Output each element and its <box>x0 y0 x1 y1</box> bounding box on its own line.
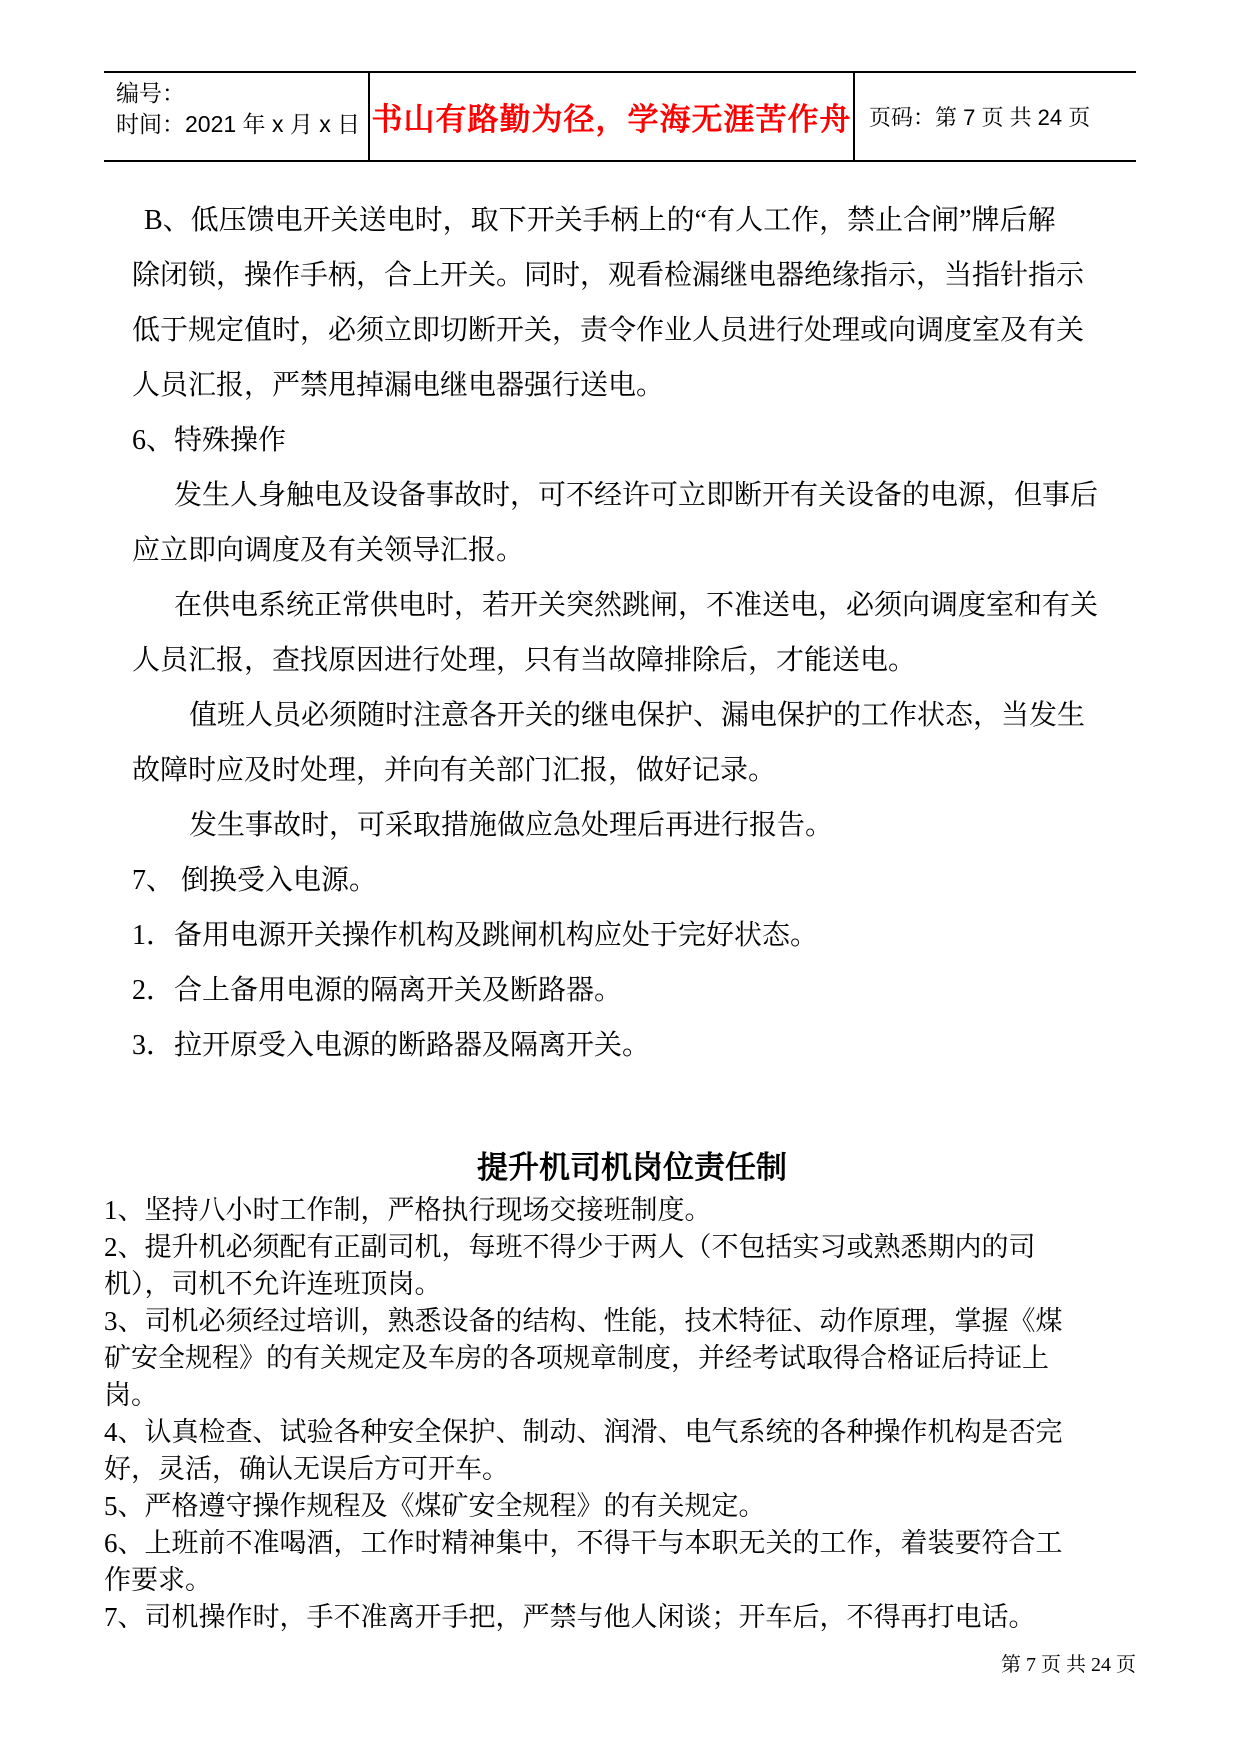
body-text-block: B、低压馈电开关送电时，取下开关手柄上的“有人工作，禁止合闸”牌后解 除闭锁，操… <box>104 193 1136 1073</box>
body-line: 1．备用电源开关操作机构及跳闸机构应处于完好状态。 <box>104 908 1136 963</box>
body-line: 在供电系统正常供电时，若开关突然跳闸，不准送电，必须向调度室和有关 <box>104 578 1136 633</box>
rule-line: 3、司机必须经过培训，熟悉设备的结构、性能，技术特征、动作原理，掌握《煤 <box>104 1303 1136 1340</box>
doc-time-label: 时间：2021 年 x 月 x 日 <box>116 109 368 140</box>
rule-line: 岗。 <box>104 1377 1136 1414</box>
rule-line: 作要求。 <box>104 1562 1136 1599</box>
header-cell-motto: 书山有路勤为径，学海无涯苦作舟 <box>368 73 853 160</box>
rule-line: 好，灵活，确认无误后方可开车。 <box>104 1451 1136 1488</box>
motto-text: 书山有路勤为径，学海无涯苦作舟 <box>372 94 852 139</box>
body-line: B、低压馈电开关送电时，取下开关手柄上的“有人工作，禁止合闸”牌后解 <box>104 193 1136 248</box>
body-line: 人员汇报，严禁甩掉漏电继电器强行送电。 <box>104 358 1136 413</box>
rule-line: 矿安全规程》的有关规定及车房的各项规章制度，并经考试取得合格证后持证上 <box>104 1340 1136 1377</box>
page-number-label: 页码：第 7 页 共 24 页 <box>869 101 1090 132</box>
body-line: 值班人员必须随时注意各开关的继电保护、漏电保护的工作状态，当发生 <box>104 688 1136 743</box>
rule-line: 6、上班前不准喝酒，工作时精神集中，不得干与本职无关的工作，着装要符合工 <box>104 1525 1136 1562</box>
rule-line: 7、司机操作时，手不准离开手把，严禁与他人闲谈；开车后，不得再打电话。 <box>104 1599 1136 1636</box>
body-line: 人员汇报，查找原因进行处理，只有当故障排除后，才能送电。 <box>104 633 1136 688</box>
body-line: 除闭锁，操作手柄，合上开关。同时，观看检漏继电器绝缘指示，当指针指示 <box>104 248 1136 303</box>
body-line: 2．合上备用电源的隔离开关及断路器。 <box>104 963 1136 1018</box>
body-line: 应立即向调度及有关领导汇报。 <box>104 523 1136 578</box>
rule-line: 2、提升机必须配有正副司机，每班不得少于两人（不包括实习或熟悉期内的司 <box>104 1229 1136 1266</box>
document-page: 编号： 时间：2021 年 x 月 x 日 书山有路勤为径，学海无涯苦作舟 页码… <box>0 0 1241 1754</box>
header-cell-number-time: 编号： 时间：2021 年 x 月 x 日 <box>104 73 368 160</box>
body-line: 低于规定值时，必须立即切断开关，责令作业人员进行处理或向调度室及有关 <box>104 303 1136 358</box>
doc-number-label: 编号： <box>116 78 368 109</box>
header-table: 编号： 时间：2021 年 x 月 x 日 书山有路勤为径，学海无涯苦作舟 页码… <box>104 71 1136 162</box>
body-line: 3．拉开原受入电源的断路器及隔离开关。 <box>104 1018 1136 1073</box>
body-line: 发生事故时，可采取措施做应急处理后再进行报告。 <box>104 798 1136 853</box>
rule-line: 机），司机不允许连班顶岗。 <box>104 1266 1136 1303</box>
body-line: 7、 倒换受入电源。 <box>104 853 1136 908</box>
rule-line: 4、认真检查、试验各种安全保护、制动、润滑、电气系统的各种操作机构是否完 <box>104 1414 1136 1451</box>
page-content: 编号： 时间：2021 年 x 月 x 日 书山有路勤为径，学海无涯苦作舟 页码… <box>104 0 1136 1678</box>
footer-page-number: 第 7 页 共 24 页 <box>104 1652 1136 1678</box>
body-line: 发生人身触电及设备事故时，可不经许可立即断开有关设备的电源，但事后 <box>104 468 1136 523</box>
rule-line: 1、坚持八小时工作制，严格执行现场交接班制度。 <box>104 1192 1136 1229</box>
body-line: 6、特殊操作 <box>104 413 1136 468</box>
section-title: 提升机司机岗位责任制 <box>104 1147 1136 1189</box>
header-cell-page: 页码：第 7 页 共 24 页 <box>853 73 1136 160</box>
body-line: 故障时应及时处理，并向有关部门汇报，做好记录。 <box>104 743 1136 798</box>
rule-line: 5、严格遵守操作规程及《煤矿安全规程》的有关规定。 <box>104 1488 1136 1525</box>
rules-list: 1、坚持八小时工作制，严格执行现场交接班制度。 2、提升机必须配有正副司机，每班… <box>104 1192 1136 1636</box>
